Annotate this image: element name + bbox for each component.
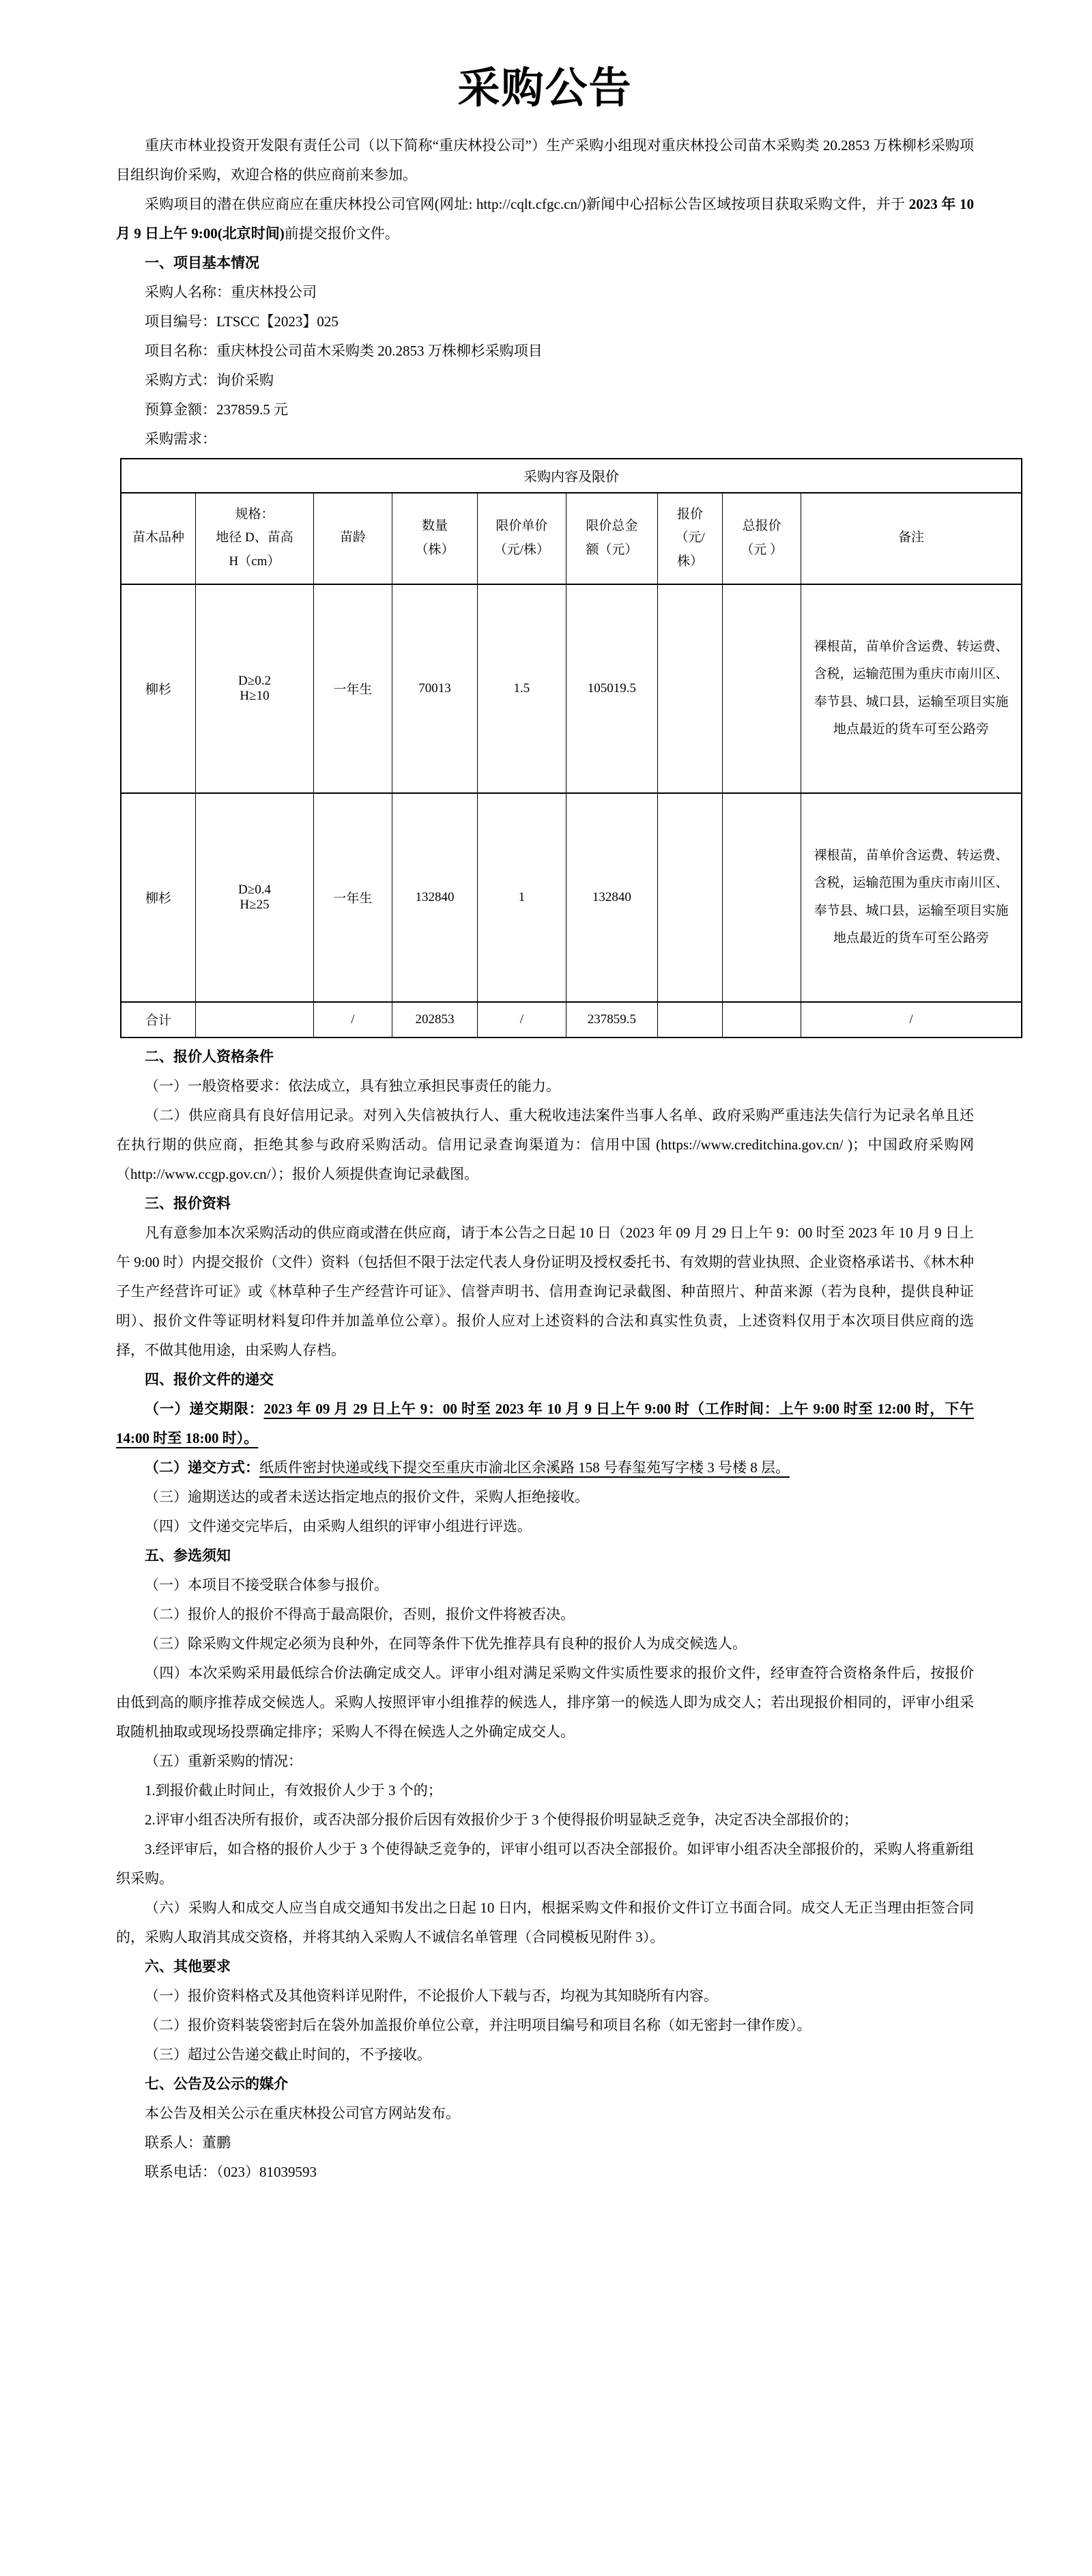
section-5-item-5: （五）重新采购的情况： bbox=[116, 1747, 974, 1776]
submission-method-value: 纸质件密封快递或线下提交至重庆市渝北区余溪路 158 号春玺苑写字楼 3 号楼 … bbox=[259, 1459, 790, 1476]
section-6-item-1: （一）报价资料格式及其他资料详见附件，不论报价人下载与否，均视为其知晓所有内容。 bbox=[116, 1981, 974, 2011]
cell-quote bbox=[658, 584, 723, 793]
section-4-item-2: （二）递交方式：纸质件密封快递或线下提交至重庆市渝北区余溪路 158 号春玺苑写… bbox=[116, 1453, 974, 1483]
cell-quote bbox=[658, 793, 723, 1002]
col-header-species: 苗木品种 bbox=[121, 493, 196, 584]
cell-remark: 裸根苗，苗单价含运费、转运费、含税，运输范围为重庆市南川区、奉节县、城口县，运输… bbox=[801, 584, 1022, 793]
cell-total-quote bbox=[723, 1002, 801, 1037]
cell-quantity: 202853 bbox=[392, 1002, 477, 1037]
section-2-item-2: （二）供应商具有良好信用记录。对列入失信被执行人、重大税收违法案件当事人名单、政… bbox=[116, 1101, 974, 1189]
section-6-heading: 六、其他要求 bbox=[116, 1952, 974, 1981]
cell-limit-unit-price: / bbox=[478, 1002, 566, 1037]
cell-age: 一年生 bbox=[313, 584, 392, 793]
contact-person: 联系人：董鹏 bbox=[116, 2128, 974, 2158]
cell-species: 柳杉 bbox=[121, 793, 196, 1002]
demand-label: 采购需求： bbox=[116, 425, 974, 454]
submission-method-label: （二）递交方式： bbox=[145, 1459, 259, 1476]
section-1-heading: 一、项目基本情况 bbox=[116, 248, 974, 278]
cell-total-label: 合计 bbox=[121, 1002, 196, 1037]
section-5-item-6: （六）采购人和成交人应当自成交通知书发出之日起 10 日内，根据采购文件和报价文… bbox=[116, 1893, 974, 1952]
cell-spec bbox=[196, 1002, 314, 1037]
table-total-row: 合计 / 202853 / 237859.5 / bbox=[121, 1002, 1022, 1037]
table-caption-row: 采购内容及限价 bbox=[121, 459, 1022, 493]
cell-age: 一年生 bbox=[313, 793, 392, 1002]
section-5-item-5-sub-1: 1.到报价截止时间止，有效报价人少于 3 个的； bbox=[116, 1776, 974, 1805]
contact-phone: 联系电话：（023）81039593 bbox=[116, 2158, 974, 2187]
table-row-1: 柳杉 D≥0.2 H≥10 一年生 70013 1.5 105019.5 裸根苗… bbox=[121, 584, 1022, 793]
section-4-heading: 四、报价文件的递交 bbox=[116, 1365, 974, 1394]
budget-amount: 预算金额：237859.5 元 bbox=[116, 395, 974, 425]
cell-limit-total: 105019.5 bbox=[566, 584, 658, 793]
col-header-total-quote: 总报价 （元 ） bbox=[723, 493, 801, 584]
cell-limit-total: 132840 bbox=[566, 793, 658, 1002]
cell-spec: D≥0.2 H≥10 bbox=[196, 584, 314, 793]
section-5-item-1: （一）本项目不接受联合体参与报价。 bbox=[116, 1571, 974, 1600]
announcement-document: 采购公告 重庆市林业投资开发限有责任公司（以下简称“重庆林投公司”）生产采购小组… bbox=[0, 0, 1092, 2187]
intro-paragraph-2-suffix: 前提交报价文件。 bbox=[285, 225, 399, 242]
cell-total-quote bbox=[723, 793, 801, 1002]
section-5-item-5-sub-2: 2.评审小组否决所有报价，或否决部分报价后因有效报价少于 3 个使得报价明显缺乏… bbox=[116, 1805, 974, 1835]
col-header-age: 苗龄 bbox=[313, 493, 392, 584]
cell-limit-unit-price: 1 bbox=[478, 793, 566, 1002]
table-header-row: 苗木品种 规格： 地径 D、苗高 H（cm） 苗龄 数量 （株） 限价单价 （元… bbox=[121, 493, 1022, 584]
project-name: 项目名称：重庆林投公司苗木采购类 20.2853 万株柳杉采购项目 bbox=[116, 337, 974, 366]
cell-age: / bbox=[313, 1002, 392, 1037]
col-header-spec: 规格： 地径 D、苗高 H（cm） bbox=[196, 493, 314, 584]
section-7-body: 本公告及相关公示在重庆林投公司官方网站发布。 bbox=[116, 2099, 974, 2128]
col-header-remark: 备注 bbox=[801, 493, 1022, 584]
cell-limit-total: 237859.5 bbox=[566, 1002, 658, 1037]
section-5-item-3: （三）除采购文件规定必须为良种外，在同等条件下优先推荐具有良种的报价人为成交候选… bbox=[116, 1629, 974, 1659]
cell-remark: / bbox=[801, 1002, 1022, 1037]
section-5-item-4: （四）本次采购采用最低综合价法确定成交人。评审小组对满足采购文件实质性要求的报价… bbox=[116, 1659, 974, 1747]
section-7-heading: 七、公告及公示的媒介 bbox=[116, 2070, 974, 2099]
table-row-2: 柳杉 D≥0.4 H≥25 一年生 132840 1 132840 裸根苗，苗单… bbox=[121, 793, 1022, 1002]
section-4-item-3: （三）逾期送达的或者未送达指定地点的报价文件，采购人拒绝接收。 bbox=[116, 1483, 974, 1512]
cell-quantity: 132840 bbox=[392, 793, 477, 1002]
col-header-quantity: 数量 （株） bbox=[392, 493, 477, 584]
col-header-limit-total: 限价总金 额（元） bbox=[566, 493, 658, 584]
submission-deadline-label: （一）递交期限： bbox=[145, 1401, 263, 1417]
section-3-heading: 三、报价资料 bbox=[116, 1189, 974, 1218]
page-title: 采购公告 bbox=[116, 63, 974, 116]
procurement-table: 采购内容及限价 苗木品种 规格： 地径 D、苗高 H（cm） 苗龄 数量 （株）… bbox=[120, 458, 1022, 1038]
project-number: 项目编号：LTSCC【2023】025 bbox=[116, 307, 974, 337]
section-5-heading: 五、参选须知 bbox=[116, 1541, 974, 1571]
cell-quote bbox=[658, 1002, 723, 1037]
intro-paragraph-2-prefix: 采购项目的潜在供应商应在重庆林投公司官网(网址: http://cqlt.cfg… bbox=[145, 196, 909, 212]
section-3-body: 凡有意参加本次采购活动的供应商或潜在供应商，请于本公告之日起 10 日（2023… bbox=[116, 1218, 974, 1365]
cell-spec: D≥0.4 H≥25 bbox=[196, 793, 314, 1002]
cell-remark: 裸根苗，苗单价含运费、转运费、含税，运输范围为重庆市南川区、奉节县、城口县，运输… bbox=[801, 793, 1022, 1002]
table-caption: 采购内容及限价 bbox=[121, 459, 1022, 493]
col-header-quote: 报价 （元/ 株） bbox=[658, 493, 723, 584]
procurement-method: 采购方式：询价采购 bbox=[116, 366, 974, 395]
intro-paragraph-2: 采购项目的潜在供应商应在重庆林投公司官网(网址: http://cqlt.cfg… bbox=[116, 190, 974, 248]
section-2-item-1: （一）一般资格要求：依法成立，具有独立承担民事责任的能力。 bbox=[116, 1072, 974, 1101]
cell-quantity: 70013 bbox=[392, 584, 477, 793]
section-5-item-5-sub-3: 3.经评审后，如合格的报价人少于 3 个使得缺乏竞争的，评审小组可以否决全部报价… bbox=[116, 1835, 974, 1893]
col-header-limit-unit-price: 限价单价 （元/株） bbox=[478, 493, 566, 584]
cell-limit-unit-price: 1.5 bbox=[478, 584, 566, 793]
section-6-item-2: （二）报价资料装袋密封后在袋外加盖报价单位公章，并注明项目编号和项目名称（如无密… bbox=[116, 2011, 974, 2040]
intro-paragraph-1: 重庆市林业投资开发限有责任公司（以下简称“重庆林投公司”）生产采购小组现对重庆林… bbox=[116, 131, 974, 190]
section-4-item-4: （四）文件递交完毕后，由采购人组织的评审小组进行评选。 bbox=[116, 1512, 974, 1541]
section-5-item-2: （二）报价人的报价不得高于最高限价，否则，报价文件将被否决。 bbox=[116, 1600, 974, 1629]
section-6-item-3: （三）超过公告递交截止时间的，不予接收。 bbox=[116, 2040, 974, 2070]
cell-total-quote bbox=[723, 584, 801, 793]
purchaser-name: 采购人名称：重庆林投公司 bbox=[116, 278, 974, 307]
section-2-heading: 二、报价人资格条件 bbox=[116, 1042, 974, 1072]
section-4-item-1: （一）递交期限：2023 年 09 月 29 日上午 9：00 时至 2023 … bbox=[116, 1394, 974, 1453]
cell-species: 柳杉 bbox=[121, 584, 196, 793]
